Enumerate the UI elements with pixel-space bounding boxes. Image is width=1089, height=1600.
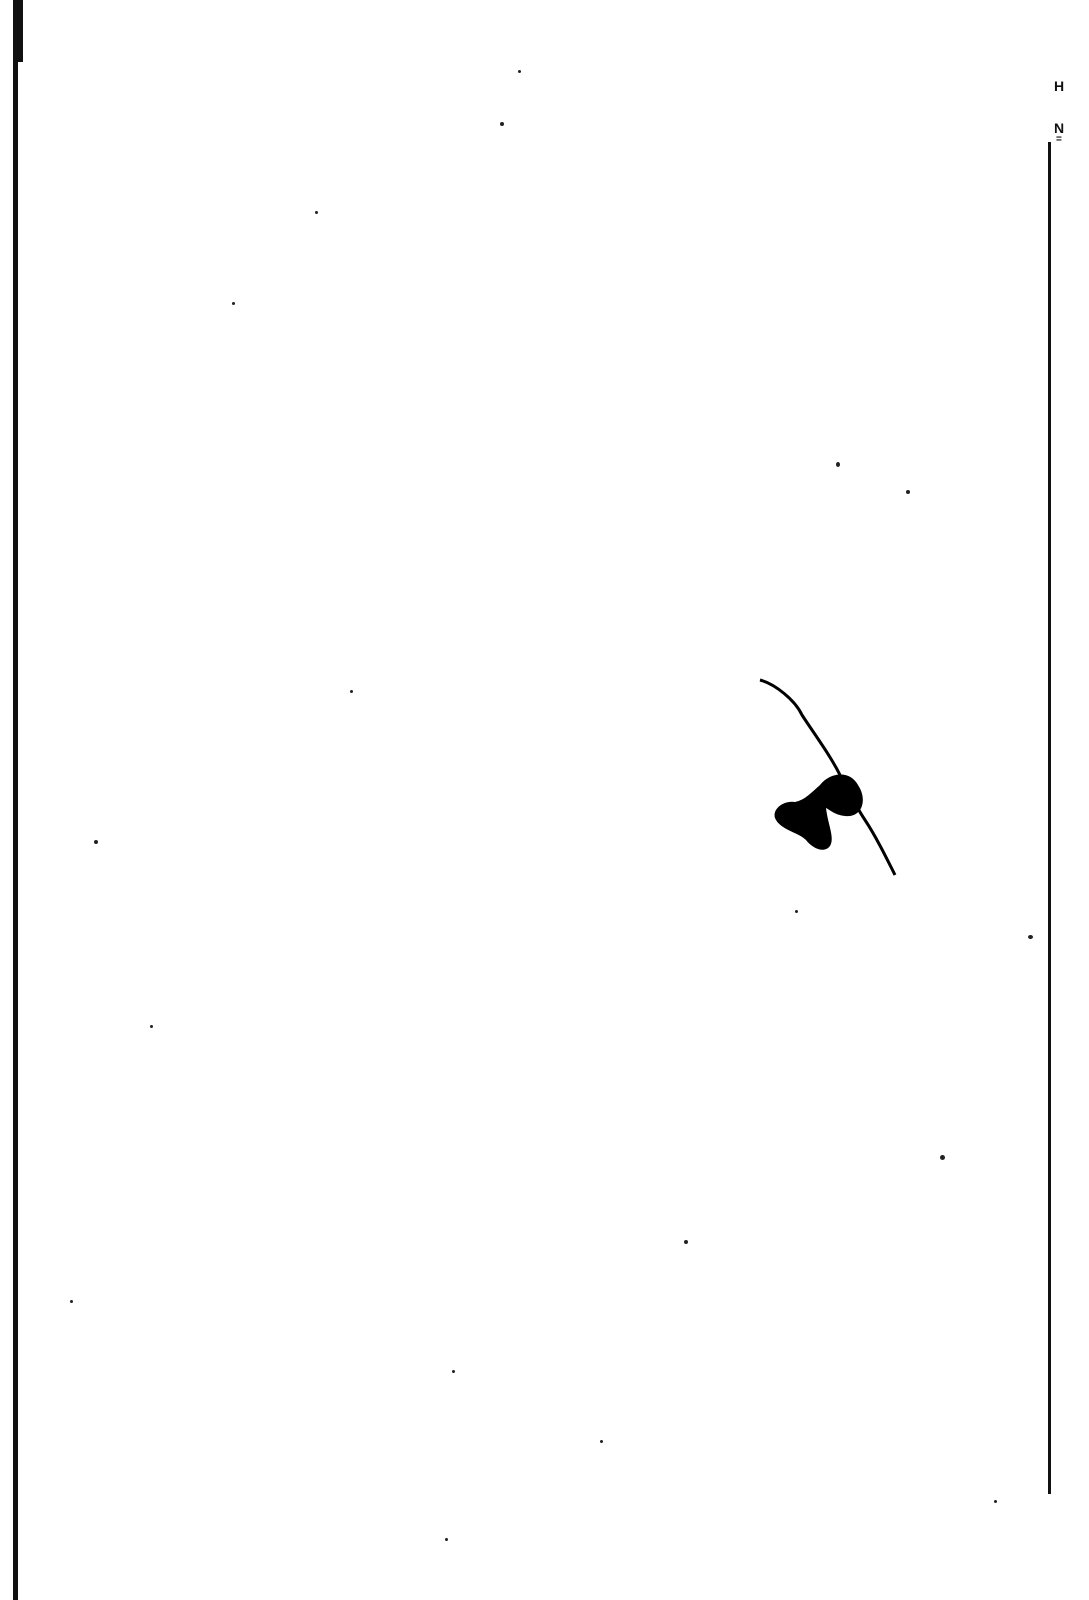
speck — [70, 1300, 73, 1303]
left-binding-border-top — [13, 0, 23, 62]
ink-blot-icon — [740, 660, 920, 890]
speck — [795, 910, 798, 913]
speck — [315, 211, 318, 214]
edge-letter-h: H — [1054, 78, 1064, 94]
speck — [518, 70, 521, 73]
left-binding-border — [13, 0, 18, 1600]
speck — [94, 840, 98, 844]
speck — [600, 1440, 603, 1443]
speck — [836, 462, 840, 467]
speck — [452, 1370, 455, 1373]
speck — [150, 1025, 153, 1028]
edge-mark: = — [1056, 134, 1062, 145]
speck — [994, 1500, 997, 1503]
speck — [684, 1240, 688, 1244]
speck — [906, 490, 910, 494]
speck — [350, 690, 353, 693]
speck — [232, 302, 235, 305]
speck — [940, 1155, 945, 1160]
right-margin-rule — [1048, 142, 1051, 1494]
speck — [445, 1538, 448, 1541]
speck — [500, 122, 504, 126]
speck — [1028, 935, 1033, 939]
